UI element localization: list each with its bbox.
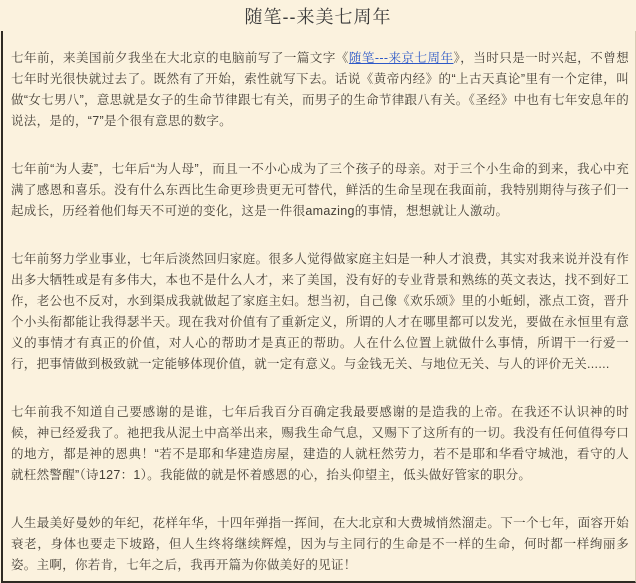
page: 随笔--来美七周年 七年前，来美国前夕我坐在大北京的电脑前写了一篇文字《随笔--… xyxy=(0,0,636,583)
paragraph-text: 七年前，来美国前夕我坐在大北京的电脑前写了一篇文字《 xyxy=(11,51,349,65)
article-body: 七年前，来美国前夕我坐在大北京的电脑前写了一篇文字《随笔---来京七周年》，当时… xyxy=(1,31,636,583)
article-paragraphs: 七年前，来美国前夕我坐在大北京的电脑前写了一篇文字《随笔---来京七周年》，当时… xyxy=(11,48,629,576)
paragraph: 七年前我不知道自己要感谢的是谁，七年后我百分百确定我最要感谢的是造我的上帝。在我… xyxy=(11,402,629,486)
paragraph: 七年前，来美国前夕我坐在大北京的电脑前写了一篇文字《随笔---来京七周年》，当时… xyxy=(11,48,629,132)
paragraph-text: 七年前我不知道自己要感谢的是谁，七年后我百分百确定我最要感谢的是造我的上帝。在我… xyxy=(11,405,629,482)
page-title: 随笔--来美七周年 xyxy=(0,0,636,31)
paragraph: 人生最美好曼妙的年纪，花样年华，十四年弹指一挥间，在大北京和大费城悄然溜走。下一… xyxy=(11,513,629,576)
paragraph: 七年前“为人妻”，七年后“为人母”，而且一不小心成为了三个孩子的母亲。对于三个小… xyxy=(11,159,629,222)
paragraph-text: 七年前努力学业事业，七年后淡然回归家庭。很多人觉得做家庭主妇是一种人才浪费，其实… xyxy=(11,252,629,371)
paragraph-text: 人生最美好曼妙的年纪，花样年华，十四年弹指一挥间，在大北京和大费城悄然溜走。下一… xyxy=(11,516,629,572)
paragraph-text: 七年前“为人妻”，七年后“为人母”，而且一不小心成为了三个孩子的母亲。对于三个小… xyxy=(11,162,629,218)
paragraph: 七年前努力学业事业，七年后淡然回归家庭。很多人觉得做家庭主妇是一种人才浪费，其实… xyxy=(11,249,629,375)
inline-link[interactable]: 随笔---来京七周年 xyxy=(349,51,454,65)
